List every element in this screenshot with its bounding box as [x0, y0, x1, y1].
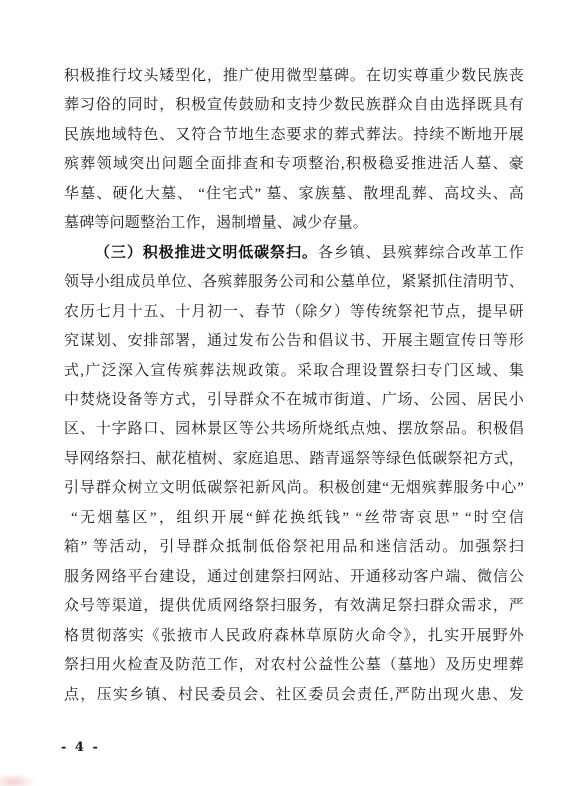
text-line: 农历七月十五、十月初一、春节（除夕）等传统祭祀节点，提早研: [64, 298, 524, 327]
text-line: “无烟墓区”，组织开展“鲜花换纸钱” “丝带寄哀思” “时空信: [64, 504, 524, 533]
text-line: 点，压实乡镇、村民委员会、社区委员会责任,严防出现火患、发: [64, 681, 524, 710]
text-line: 葬习俗的同时，积极宣传鼓励和支持少数民族群众自由选择既具有: [64, 91, 524, 120]
scan-artifact: [0, 773, 36, 786]
text-line: 导网络祭扫、献花植树、家庭追思、踏青遥祭等绿色低碳祭祀方式，: [64, 445, 524, 474]
section-heading: （三）积极推进文明低碳祭扫。: [95, 245, 318, 261]
section-heading-continuation: 各乡镇、县殡葬综合改革工作: [318, 245, 524, 261]
text-line: 箱” 等活动，引导群众抵制低俗祭祀用品和迷信活动。加强祭扫: [64, 533, 524, 562]
text-line: 格贯彻落实《张掖市人民政府森林草原防火命令》，扎实开展野外: [64, 622, 524, 651]
text-line-paragraph-end: 墓碑等问题整治工作，遏制增量、减少存量。: [64, 209, 524, 238]
text-line: 究谋划、安排部署，通过发布公告和倡议书、开展主题宣传日等形: [64, 327, 524, 356]
text-line: 区、十字路口、园林景区等公共场所烧纸点烛、摆放祭品。积极倡: [64, 415, 524, 444]
text-line: 积极推行坟头矮型化，推广使用微型墓碑。在切实尊重少数民族丧: [64, 62, 524, 91]
text-line: 式,广泛深入宣传殡葬法规政策。采取合理设置祭扫专门区域、集: [64, 357, 524, 386]
page-number: - 4 -: [61, 740, 100, 755]
text-line: 中焚烧设备等方式，引导群众不在城市街道、广场、公园、居民小: [64, 386, 524, 415]
document-page: 积极推行坟头矮型化，推广使用微型墓碑。在切实尊重少数民族丧 葬习俗的同时，积极宣…: [0, 0, 587, 786]
text-line: 民族地域特色、又符合节地生态要求的葬式葬法。持续不断地开展: [64, 121, 524, 150]
text-line: 服务网络平台建设，通过创建祭扫网站、开通移动客户端、微信公: [64, 563, 524, 592]
text-line: 殡葬领域突出问题全面排查和专项整治,积极稳妥推进活人墓、豪: [64, 150, 524, 179]
section-heading-line: （三）积极推进文明低碳祭扫。各乡镇、县殡葬综合改革工作: [64, 239, 524, 268]
text-line: 领导小组成员单位、各殡葬服务公司和公墓单位，紧紧抓住清明节、: [64, 268, 524, 297]
text-line: 华墓、硬化大墓、 “住宅式” 墓、家族墓、散埋乱葬、高坟头、高: [64, 180, 524, 209]
text-line: 引导群众树立文明低碳祭祀新风尚。积极创建“无烟殡葬服务中心”: [64, 474, 524, 503]
text-line: 祭扫用火检查及防范工作，对农村公益性公墓（墓地）及历史埋葬: [64, 651, 524, 680]
text-line: 众号等渠道，提供优质网络祭扫服务，有效满足祭扫群众需求，严: [64, 592, 524, 621]
body-text: 积极推行坟头矮型化，推广使用微型墓碑。在切实尊重少数民族丧 葬习俗的同时，积极宣…: [64, 62, 524, 710]
